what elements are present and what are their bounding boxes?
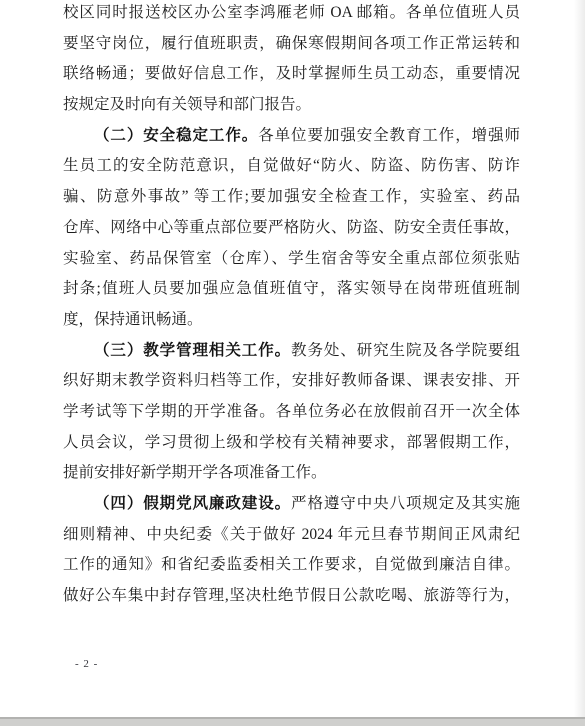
text-line: 校区同时报送校区办公室李鸿雁老师 OA 邮箱。各单位值班人员 [63, 0, 520, 29]
text-line: 按规定及时向有关领导和部门报告。 [63, 90, 520, 121]
body-text: 教务处、研究生院及各学院要组 [291, 342, 520, 359]
text-line: 封条;值班人员要加强应急值班值守，落实领导在岗带班值班制 [63, 274, 520, 305]
text-line: 工作的通知》和省纪委监委相关工作要求，自觉做到廉洁自律。 [63, 550, 520, 581]
body-text: 校区同时报送校区办公室李鸿雁老师 OA 邮箱。各单位值班人员 [63, 4, 520, 21]
body-text: 严格遵守中央八项规定及其实施 [291, 495, 520, 512]
document-page: 校区同时报送校区办公室李鸿雁老师 OA 邮箱。各单位值班人员要坚守岗位，履行值班… [0, 0, 585, 726]
page-edge-band-bottom [0, 717, 585, 726]
body-text: 封条;值班人员要加强应急值班值守，落实领导在岗带班值班制 [63, 280, 520, 297]
body-text: 学考试等下学期的开学准备。各单位务必在放假前召开一次全体 [63, 403, 520, 420]
text-line: 学考试等下学期的开学准备。各单位务必在放假前召开一次全体 [63, 397, 520, 428]
text-line: 要坚守岗位，履行值班职责，确保寒假期间各项工作正常运转和 [63, 29, 520, 60]
text-line: 人员会议，学习贯彻上级和学校有关精神要求，部署假期工作， [63, 428, 520, 459]
body-text: 工作的通知》和省纪委监委相关工作要求，自觉做到廉洁自律。 [63, 556, 520, 573]
document-body: 校区同时报送校区办公室李鸿雁老师 OA 邮箱。各单位值班人员要坚守岗位，履行值班… [63, 0, 520, 612]
section-heading: （三）教学管理相关工作。 [94, 342, 291, 359]
body-text: 提前安排好新学期开学各项准备工作。 [63, 464, 327, 481]
section-heading: （二）安全稳定工作。 [94, 127, 258, 144]
text-line: 做好公车集中封存管理,坚决杜绝节假日公款吃喝、旅游等行为， [63, 581, 520, 612]
text-line: 实验室、药品保管室（仓库）、学生宿舍等安全重点部位须张贴 [63, 244, 520, 275]
body-text: 要坚守岗位，履行值班职责，确保寒假期间各项工作正常运转和 [63, 35, 520, 52]
body-text: 按规定及时向有关领导和部门报告。 [63, 96, 311, 113]
body-text: 生员工的安全防范意识，自觉做好“防火、防盗、防伤害、防诈 [63, 157, 520, 174]
text-line: 仓库、网络中心等重点部位要严格防火、防盗、防安全责任事故， [63, 213, 520, 244]
body-text: 联络畅通；要做好信息工作，及时掌握师生员工动态，重要情况 [63, 65, 520, 82]
text-line: （二）安全稳定工作。各单位要加强安全教育工作，增强师 [63, 121, 520, 152]
text-line: 生员工的安全防范意识，自觉做好“防火、防盗、防伤害、防诈 [63, 151, 520, 182]
text-line: 细则精神、中央纪委《关于做好 2024 年元旦春节期间正风肃纪 [63, 520, 520, 551]
text-line: 织好期末教学资料归档等工作，安排好教师备课、课表安排、开 [63, 366, 520, 397]
body-text: 骗、防意外事故” 等工作;要加强安全检查工作，实验室、药品 [63, 188, 520, 205]
section-heading: （四）假期党风廉政建设。 [94, 495, 291, 512]
text-line: （三）教学管理相关工作。教务处、研究生院及各学院要组 [63, 336, 520, 367]
text-line: 联络畅通；要做好信息工作，及时掌握师生员工动态，重要情况 [63, 59, 520, 90]
text-line: （四）假期党风廉政建设。严格遵守中央八项规定及其实施 [63, 489, 520, 520]
body-text: 实验室、药品保管室（仓库）、学生宿舍等安全重点部位须张贴 [63, 250, 520, 267]
body-text: 织好期末教学资料归档等工作，安排好教师备课、课表安排、开 [63, 372, 520, 389]
body-text: 做好公车集中封存管理,坚决杜绝节假日公款吃喝、旅游等行为， [63, 587, 520, 604]
body-text: 各单位要加强安全教育工作，增强师 [258, 127, 520, 144]
body-text: 仓库、网络中心等重点部位要严格防火、防盗、防安全责任事故， [63, 219, 520, 236]
page-number: - 2 - [75, 658, 98, 670]
text-line: 提前安排好新学期开学各项准备工作。 [63, 458, 520, 489]
text-line: 度，保持通讯畅通。 [63, 305, 520, 336]
text-line: 骗、防意外事故” 等工作;要加强安全检查工作，实验室、药品 [63, 182, 520, 213]
body-text: 度，保持通讯畅通。 [63, 311, 203, 328]
body-text: 人员会议，学习贯彻上级和学校有关精神要求，部署假期工作， [63, 434, 520, 451]
body-text: 细则精神、中央纪委《关于做好 2024 年元旦春节期间正风肃纪 [63, 526, 520, 543]
page-edge-shadow-right [574, 0, 585, 726]
